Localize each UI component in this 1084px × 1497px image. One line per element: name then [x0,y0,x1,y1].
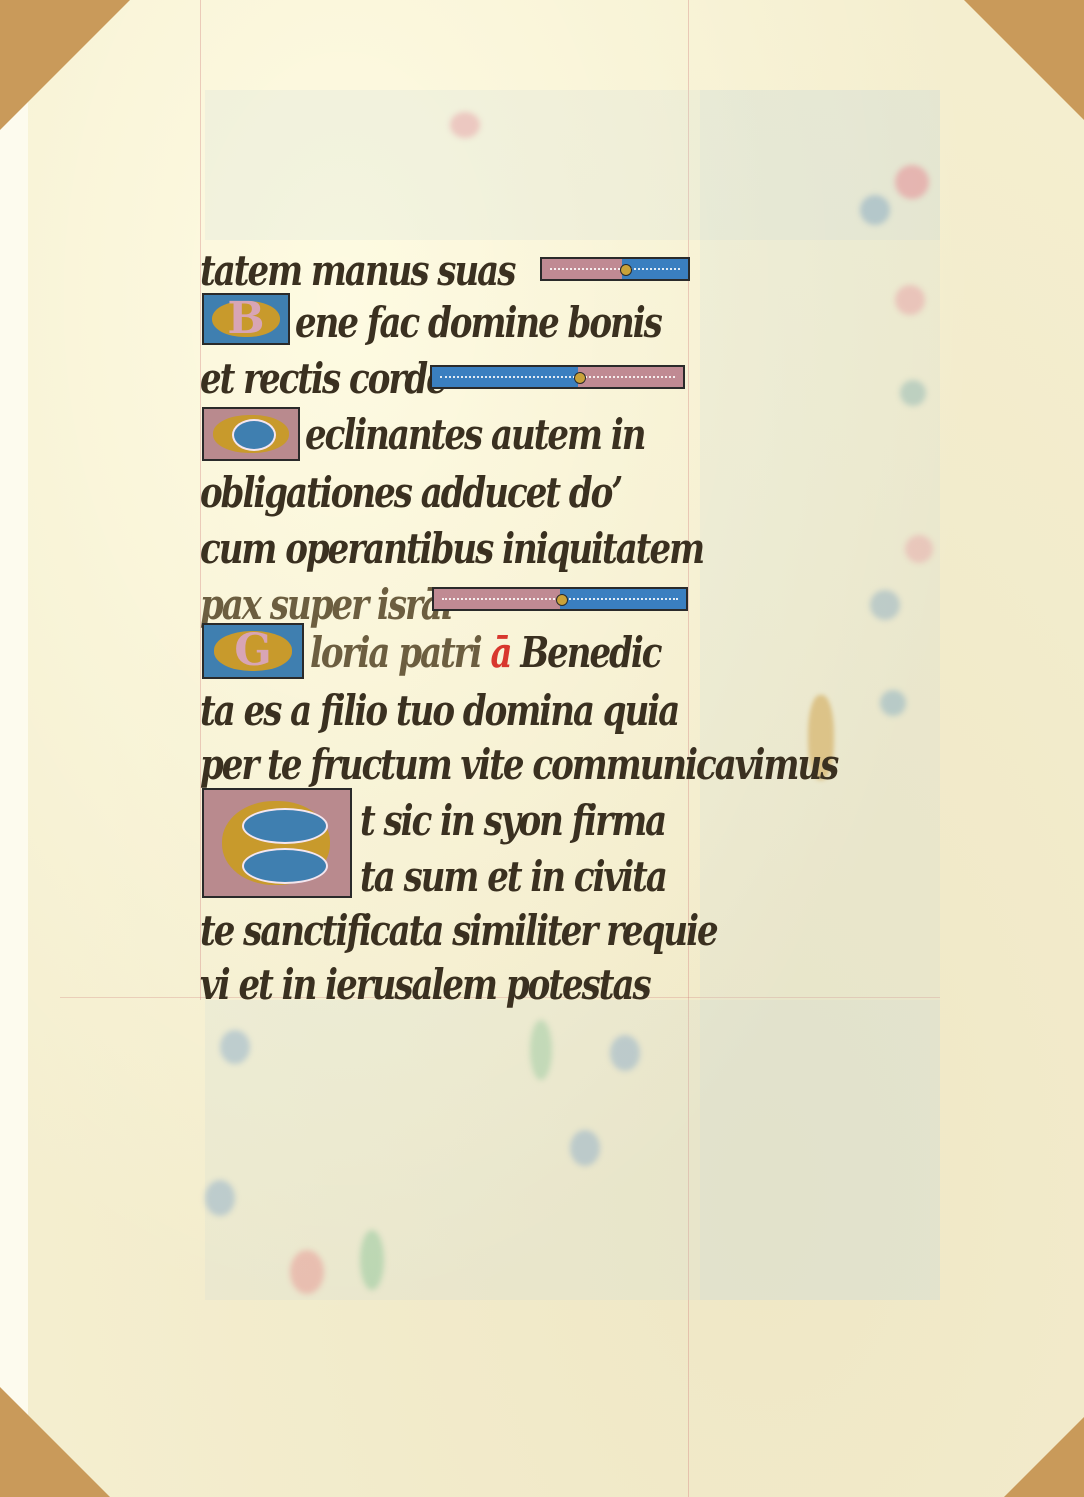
line-filler-2 [430,365,685,389]
paper-backing-strip [0,0,28,1497]
illuminated-initial-e: E [202,788,352,898]
line-filler-3 [432,587,688,611]
rubric-antiphon-mark: ā [490,628,510,678]
line-filler-1 [540,257,690,281]
text-line-8: loria patri ā Benedic [310,621,660,686]
text-line-4: eclinantes autem in [305,403,645,468]
text-segment: loria patri [310,628,481,678]
corner-mount-bottom-left [0,1387,110,1497]
illuminated-initial-b: B [202,293,290,345]
illuminated-initial-d: D [202,407,300,461]
text-segment: Benedic [520,628,660,678]
corner-mount-top-left [0,0,130,130]
illuminated-initial-g: G [202,623,304,679]
corner-mount-top-right [964,0,1084,120]
corner-mount-bottom-right [1004,1417,1084,1497]
text-line-14: vi et in ierusalem potestas [200,953,650,1018]
